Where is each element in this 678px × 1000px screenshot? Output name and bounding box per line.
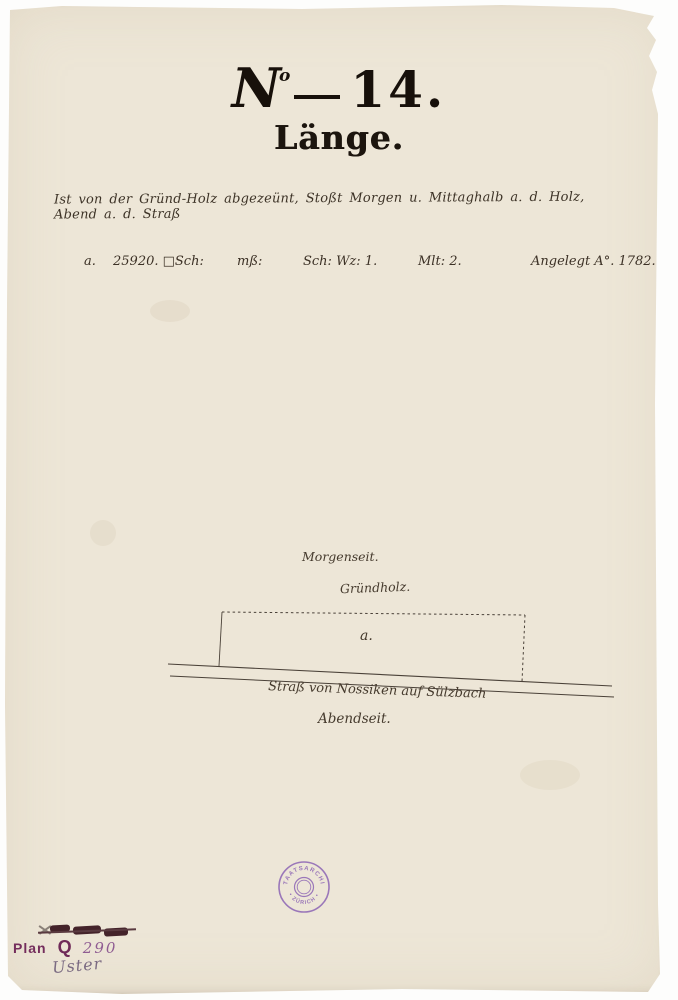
measurement-row: a. 25920. □Sch: mß: Sch: Wz: 1. Mlt: 2. … xyxy=(0,254,678,280)
title-number: 14. xyxy=(350,60,446,119)
svg-text:• ZÜRICH •: • ZÜRICH • xyxy=(287,892,321,906)
parcel-top-edge xyxy=(222,612,525,615)
archive-signature: Plan Q 290 xyxy=(13,937,117,958)
stamp-center-ring xyxy=(297,880,311,894)
unit-value-1: Sch: Wz: 1. xyxy=(303,254,377,269)
title-superscript-o: o xyxy=(279,66,290,86)
label-gruendholz: Gründholz. xyxy=(340,579,411,596)
title-dash xyxy=(294,95,340,100)
page-title: Länge. xyxy=(0,118,678,157)
label-parcel-a: a. xyxy=(360,628,373,644)
plan-word: Plan xyxy=(13,940,47,956)
series-letter: Q xyxy=(58,937,72,957)
measure-abbrev: mß: xyxy=(237,254,262,269)
parcel-description: Ist von der Gründ-Holz abgezeünt, Stoßt … xyxy=(54,189,632,222)
document-number-title: No14. xyxy=(0,56,678,120)
parcel-left-edge xyxy=(219,612,222,666)
unit-value-2: Mlt: 2. xyxy=(418,254,462,269)
parcel-letter: a. xyxy=(84,254,96,269)
parcel-right-edge xyxy=(522,615,525,682)
archive-stamp: STAATSARCHIV • ZÜRICH • xyxy=(276,859,332,915)
label-east-side: Morgenseit. xyxy=(302,549,379,564)
label-west-side: Abendseit. xyxy=(318,711,391,727)
area-square-feet: 25920. □Sch: xyxy=(113,254,204,269)
stamp-bottom-text: • ZÜRICH • xyxy=(287,892,321,906)
title-letter-n: N xyxy=(232,56,279,120)
survey-date-note: Angelegt A°. 1782. xyxy=(531,254,656,269)
